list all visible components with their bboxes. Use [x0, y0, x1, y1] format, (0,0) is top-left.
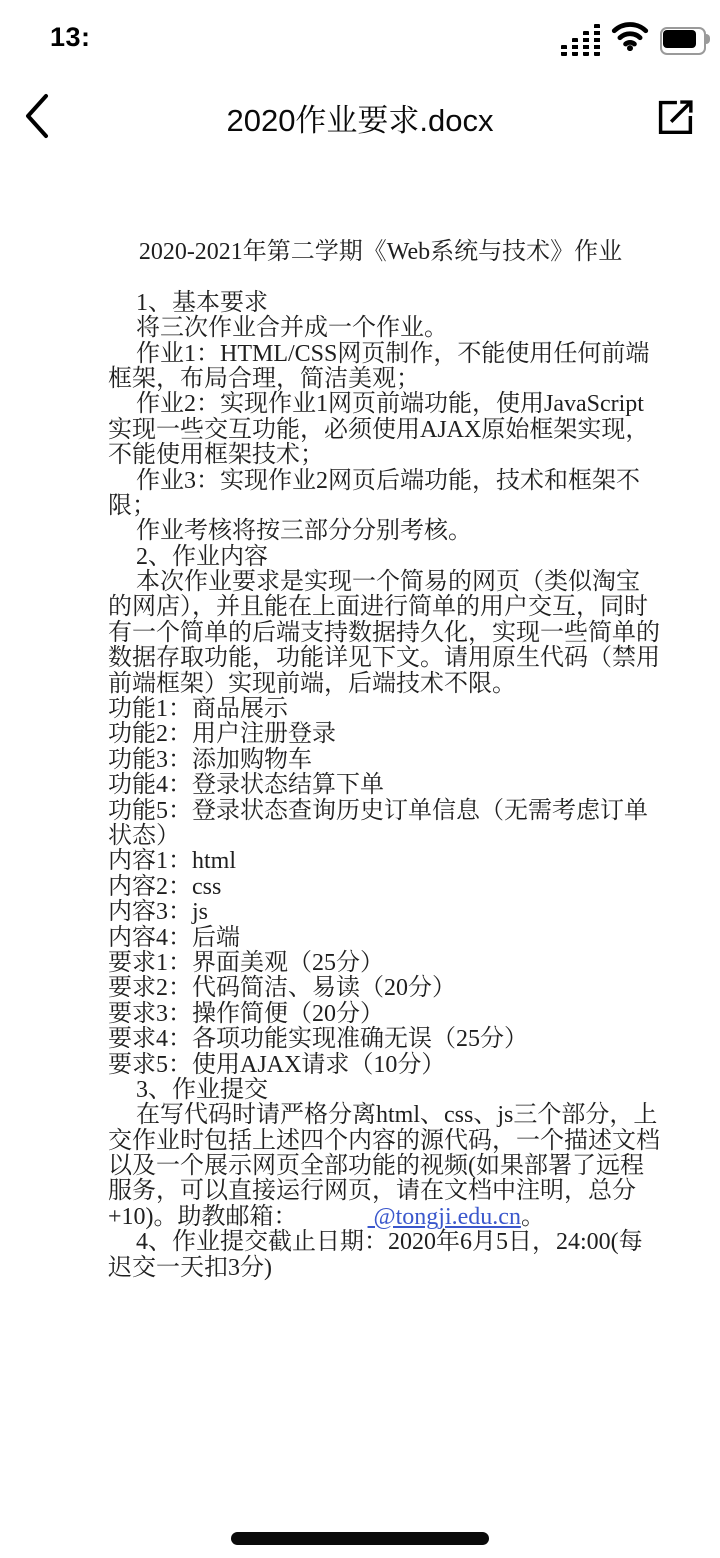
doc-line: 功能5：登录状态查询历史订单信息（无需考虑订单 [108, 799, 653, 824]
doc-paragraph: 作业1：HTML/CSS网页制作，不能使用任何前端框架，布局合理，简洁美观； [108, 342, 653, 393]
doc-line: 功能1：商品展示 [108, 697, 653, 722]
doc-paragraph: 要求2：代码简洁、易读（20分） [108, 976, 653, 1001]
doc-line: 要求5：使用AJAX请求（10分） [108, 1053, 653, 1078]
doc-line: 内容1：html [108, 849, 653, 874]
doc-paragraph: 2、作业内容 [108, 545, 653, 570]
doc-line: 作业2：实现作业1网页前端功能，使用JavaScript [108, 392, 653, 417]
doc-line: 不能使用框架技术； [108, 443, 653, 468]
doc-line: 服务，可以直接运行网页，请在文档中注明，总分 [108, 1179, 653, 1204]
doc-line: 迟交一天扣3分) [108, 1256, 653, 1281]
doc-paragraph: 作业3：实现作业2网页后端功能，技术和框架不限； [108, 469, 653, 520]
doc-line: 内容4：后端 [108, 926, 653, 951]
cellular-signal-icon [561, 24, 600, 60]
doc-line: 2、作业内容 [108, 545, 653, 570]
doc-line: 作业1：HTML/CSS网页制作，不能使用任何前端 [108, 342, 653, 367]
doc-line: 状态） [108, 824, 653, 849]
doc-paragraph: 3、作业提交 [108, 1078, 653, 1103]
doc-text: 。 [521, 1204, 545, 1230]
doc-line: 要求4：各项功能实现准确无误（25分） [108, 1027, 653, 1052]
share-button[interactable] [644, 86, 706, 148]
doc-paragraph: 内容4：后端 [108, 926, 653, 951]
doc-paragraph: 1、基本要求 [108, 291, 653, 316]
doc-line: 功能4：登录状态结算下单 [108, 773, 653, 798]
status-icons [561, 20, 710, 60]
status-bar: 13: [0, 14, 720, 62]
redacted-gap [298, 1223, 368, 1224]
doc-paragraph: 内容1：html [108, 849, 653, 874]
doc-line: +10)。助教邮箱： @tongji.edu.cn。 [108, 1205, 653, 1230]
doc-paragraph: 功能1：商品展示 [108, 697, 653, 722]
doc-paragraph: 将三次作业合并成一个作业。 [108, 316, 653, 341]
doc-line: 本次作业要求是实现一个简易的网页（类似淘宝 [108, 570, 653, 595]
nav-bar: 2020作业要求.docx [0, 86, 720, 148]
doc-line: 2020-2021年第二学期《Web系统与技术》作业 [108, 240, 653, 265]
document-viewer[interactable]: 2020-2021年第二学期《Web系统与技术》作业 1、基本要求将三次作业合并… [0, 160, 720, 1510]
doc-line: 以及一个展示网页全部功能的视频(如果部署了远程 [108, 1154, 653, 1179]
doc-paragraph: 功能3：添加购物车 [108, 748, 653, 773]
doc-paragraph: 要求1：界面美观（25分） [108, 951, 653, 976]
doc-paragraph: 内容2：css [108, 875, 653, 900]
doc-line: 功能3：添加购物车 [108, 748, 653, 773]
doc-line: 作业3：实现作业2网页后端功能，技术和框架不 [108, 469, 653, 494]
doc-paragraph: 本次作业要求是实现一个简易的网页（类似淘宝的网店），并且能在上面进行简单的用户交… [108, 570, 653, 697]
battery-icon [660, 22, 710, 60]
doc-paragraph: 功能5：登录状态查询历史订单信息（无需考虑订单状态） [108, 799, 653, 850]
doc-line: 框架，布局合理，简洁美观； [108, 367, 653, 392]
doc-line: 有一个简单的后端支持数据持久化，实现一些简单的 [108, 621, 653, 646]
doc-line: 交作业时包括上述四个内容的源代码，一个描述文档 [108, 1129, 653, 1154]
doc-line [108, 265, 653, 290]
doc-line: 内容2：css [108, 875, 653, 900]
doc-line: 要求3：操作简便（20分） [108, 1002, 653, 1027]
doc-text: +10)。助教邮箱： [108, 1204, 298, 1230]
doc-paragraph: 要求4：各项功能实现准确无误（25分） [108, 1027, 653, 1052]
doc-paragraph: 要求5：使用AJAX请求（10分） [108, 1053, 653, 1078]
doc-paragraph: 要求3：操作简便（20分） [108, 1002, 653, 1027]
doc-line: 作业考核将按三部分分别考核。 [108, 519, 653, 544]
doc-paragraph [108, 265, 653, 290]
chevron-left-icon [20, 90, 54, 145]
page-title: 2020作业要求.docx [110, 86, 610, 148]
doc-line: 前端框架）实现前端，后端技术不限。 [108, 672, 653, 697]
home-indicator[interactable] [231, 1532, 489, 1545]
doc-paragraph: 作业2：实现作业1网页前端功能，使用JavaScript实现一些交互功能，必须使… [108, 392, 653, 468]
status-time: 13: [50, 22, 91, 53]
doc-line: 要求1：界面美观（25分） [108, 951, 653, 976]
doc-line: 功能2：用户注册登录 [108, 722, 653, 747]
doc-line: 内容3：js [108, 900, 653, 925]
wifi-icon [611, 21, 649, 60]
doc-line: 在写代码时请严格分离html、css、js三个部分，上 [108, 1103, 653, 1128]
document-body: 2020-2021年第二学期《Web系统与技术》作业 1、基本要求将三次作业合并… [108, 240, 653, 1281]
doc-line: 的网店），并且能在上面进行简单的用户交互，同时 [108, 595, 653, 620]
back-button[interactable] [6, 86, 68, 148]
doc-line: 数据存取功能，功能详见下文。请用原生代码（禁用 [108, 646, 653, 671]
doc-line: 限； [108, 494, 653, 519]
doc-paragraph: 在写代码时请严格分离html、css、js三个部分，上交作业时包括上述四个内容的… [108, 1103, 653, 1230]
doc-paragraph: 内容3：js [108, 900, 653, 925]
doc-line: 实现一些交互功能，必须使用AJAX原始框架实现， [108, 418, 653, 443]
doc-line: 3、作业提交 [108, 1078, 653, 1103]
doc-paragraph: 4、作业提交截止日期：2020年6月5日，24:00(每迟交一天扣3分) [108, 1230, 653, 1281]
doc-line: 1、基本要求 [108, 291, 653, 316]
doc-line: 要求2：代码简洁、易读（20分） [108, 976, 653, 1001]
doc-paragraph: 作业考核将按三部分分别考核。 [108, 519, 653, 544]
doc-paragraph: 功能4：登录状态结算下单 [108, 773, 653, 798]
ta-email-link[interactable]: @tongji.edu.cn [368, 1204, 521, 1230]
doc-line: 4、作业提交截止日期：2020年6月5日，24:00(每 [108, 1230, 653, 1255]
doc-paragraph: 功能2：用户注册登录 [108, 722, 653, 747]
doc-line: 将三次作业合并成一个作业。 [108, 316, 653, 341]
doc-paragraph: 2020-2021年第二学期《Web系统与技术》作业 [108, 240, 653, 265]
open-external-icon [651, 92, 699, 143]
